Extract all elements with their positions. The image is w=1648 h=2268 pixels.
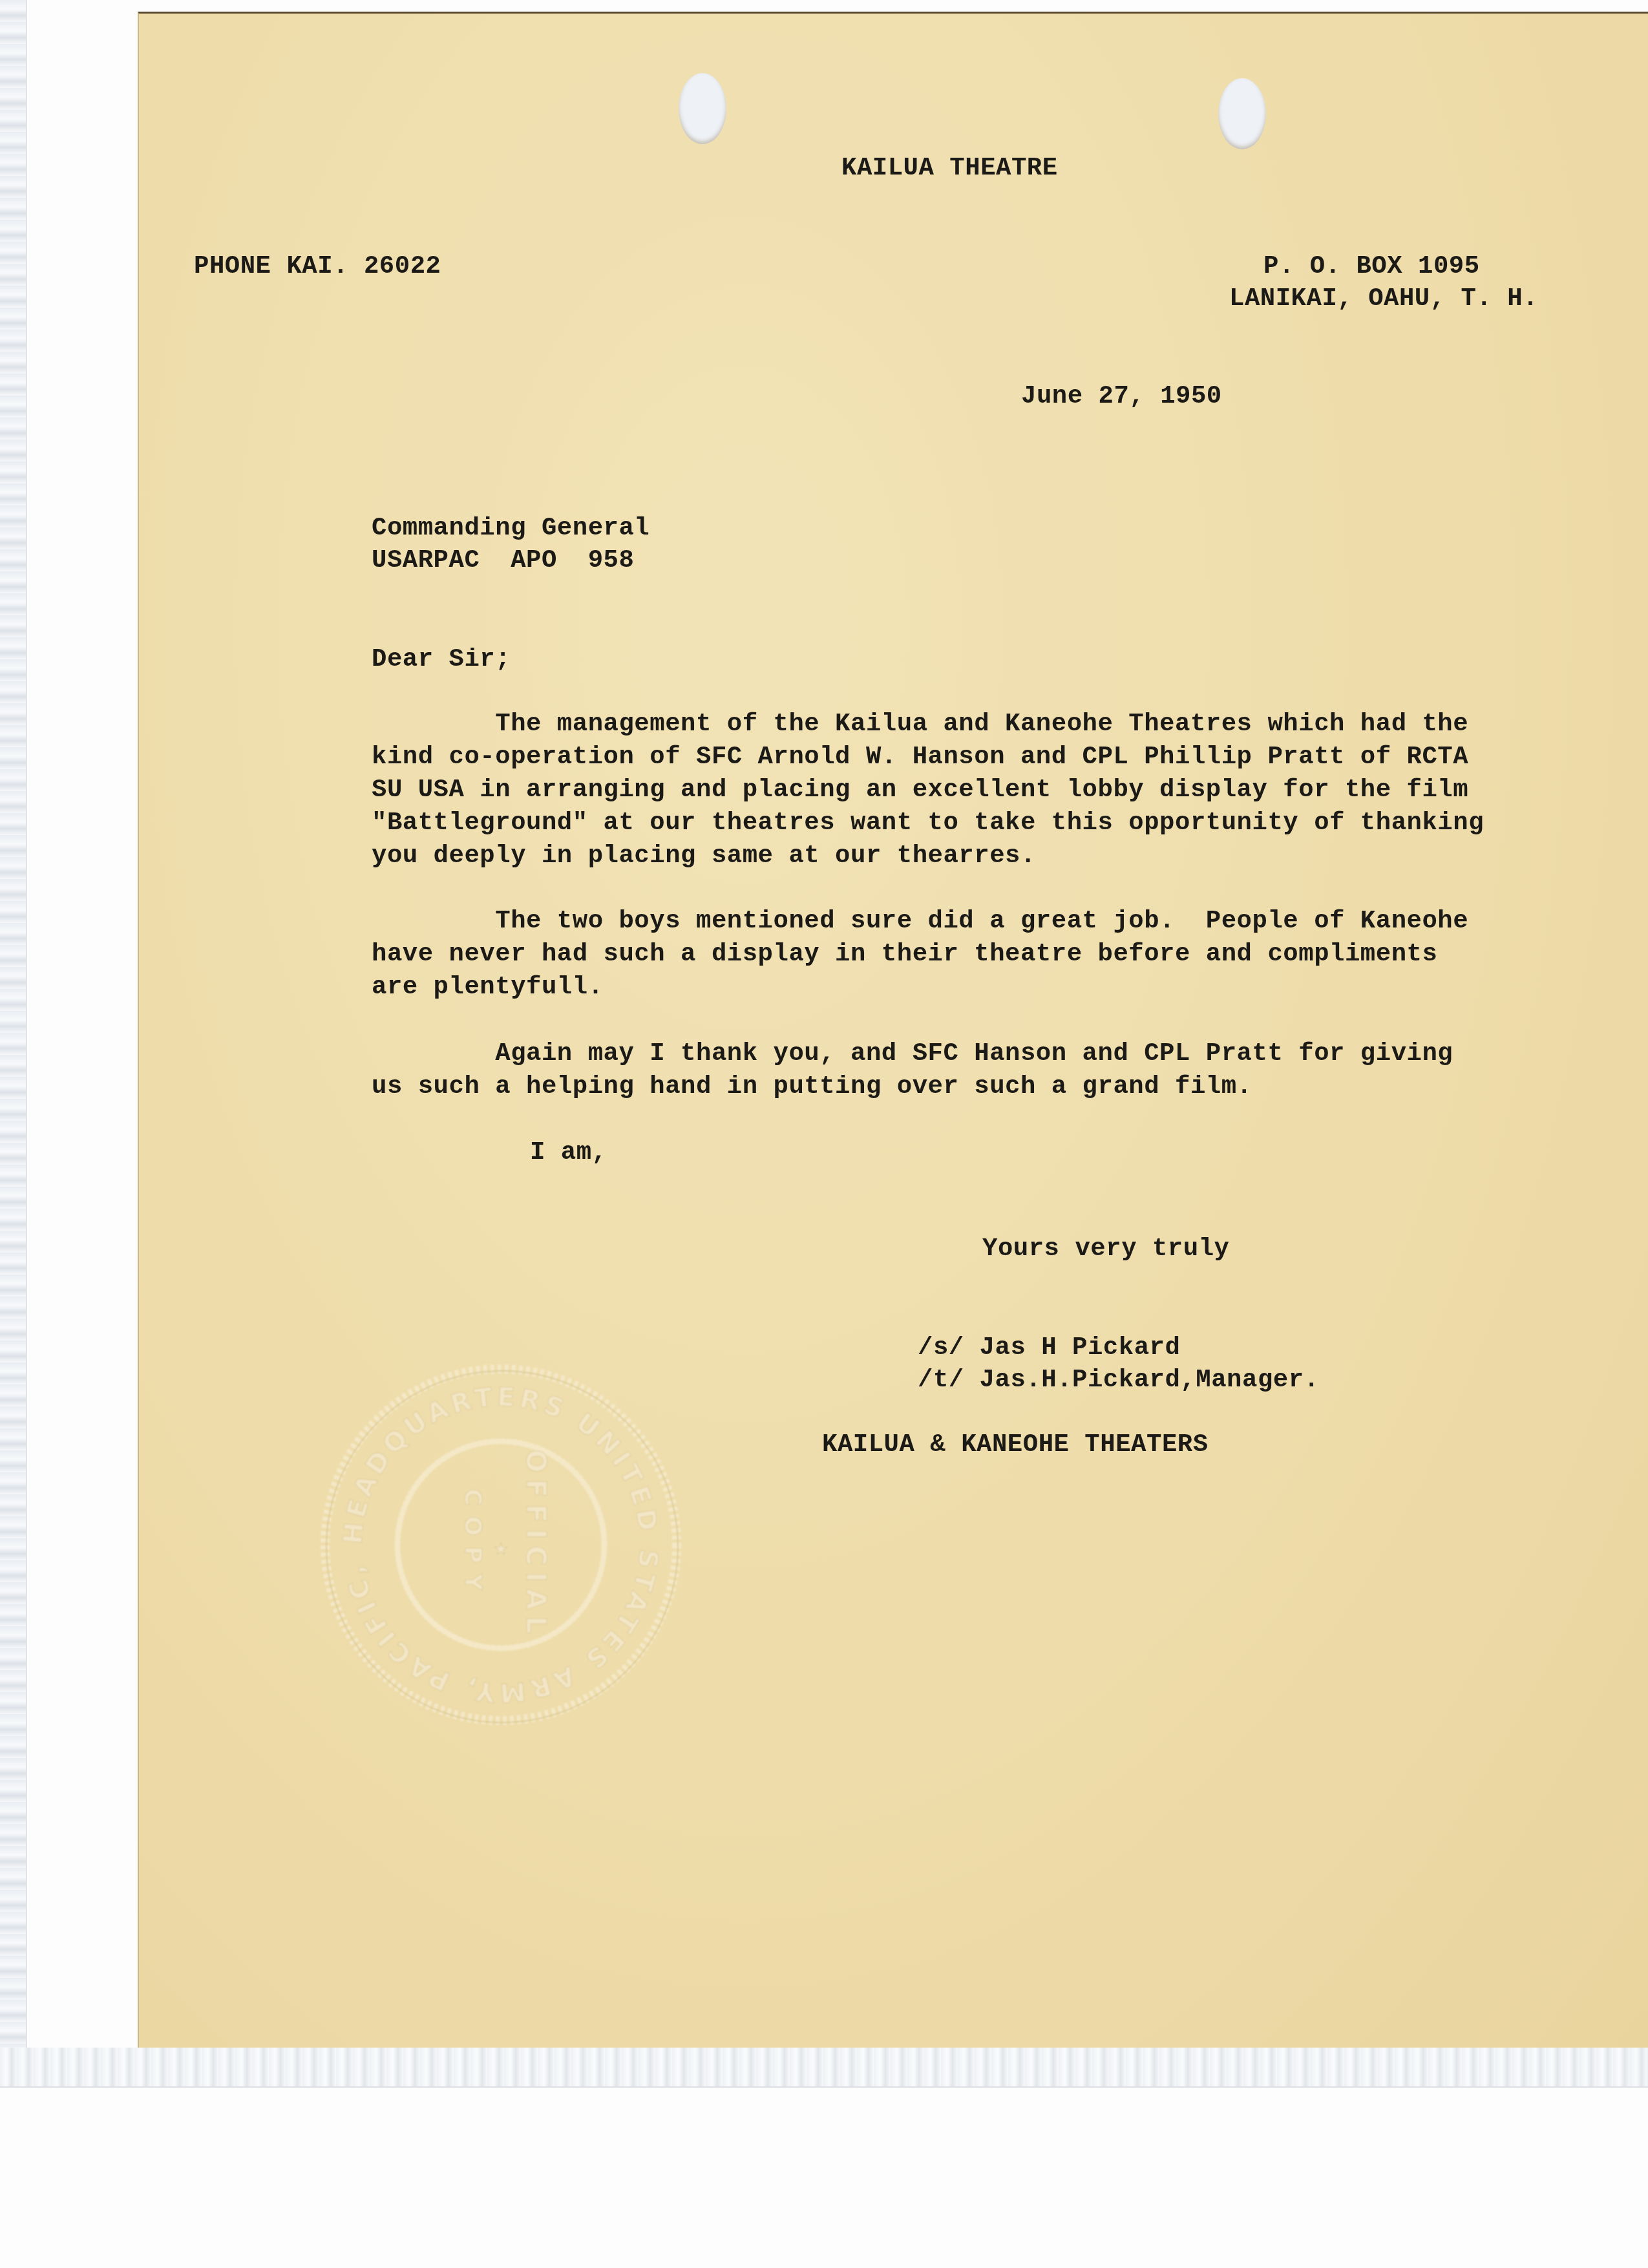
svg-text:★: ★ xyxy=(494,1537,507,1562)
sheet-protector-edge-bottom xyxy=(0,2048,1648,2088)
punch-hole-right xyxy=(1218,78,1266,149)
closing: Yours very truly xyxy=(982,1233,1229,1266)
paragraph-line: us such a helping hand in putting over s… xyxy=(372,1070,1600,1103)
body-paragraph-1: The management of the Kailua and Kaneohe… xyxy=(372,708,1600,873)
letterhead-address-line1: P. O. BOX 1095 xyxy=(1263,250,1480,283)
paragraph-line: have never had such a display in their t… xyxy=(372,938,1600,971)
letterhead-title: KAILUA THEATRE xyxy=(841,152,1058,185)
signature-signed: /s/ Jas H Pickard xyxy=(918,1331,1180,1364)
paragraph-line: you deeply in placing same at our thearr… xyxy=(372,840,1600,873)
punch-hole-left xyxy=(679,73,726,144)
sheet-protector-edge-left xyxy=(0,0,27,2088)
paragraph-line: are plentyfull. xyxy=(372,971,1600,1004)
body-paragraph-3: Again may I thank you, and SFC Hanson an… xyxy=(372,1037,1600,1103)
paragraph-line: kind co-operation of SFC Arnold W. Hanso… xyxy=(372,741,1600,774)
embossed-seal-icon: HEADQUARTERS UNITED STATES ARMY, PACIFIC… xyxy=(313,1357,688,1732)
letter-date: June 27, 1950 xyxy=(1021,380,1222,413)
paragraph-line: The two boys mentioned sure did a great … xyxy=(372,905,1600,938)
seal-inner-text-official: OFFICIAL xyxy=(520,1450,552,1640)
recipient-line1: Commanding General xyxy=(372,512,650,545)
signature-organization: KAILUA & KANEOHE THEATERS xyxy=(822,1428,1209,1461)
paragraph-line: Again may I thank you, and SFC Hanson an… xyxy=(372,1037,1600,1070)
paragraph-line: The management of the Kailua and Kaneohe… xyxy=(372,708,1600,741)
letter-page xyxy=(138,12,1648,2048)
body-paragraph-2: The two boys mentioned sure did a great … xyxy=(372,905,1600,1004)
letterhead-address-line2: LANIKAI, OAHU, T. H. xyxy=(1229,282,1538,315)
paragraph-line: SU USA in arranging and placing an excel… xyxy=(372,774,1600,807)
closing-intro: I am, xyxy=(530,1136,607,1169)
paragraph-line: "Battleground" at our theatres want to t… xyxy=(372,807,1600,840)
salutation: Dear Sir; xyxy=(372,643,511,676)
seal-inner-text-copy: COPY xyxy=(460,1489,486,1600)
signature-typed: /t/ Jas.H.Pickard,Manager. xyxy=(918,1364,1320,1397)
recipient-line2: USARPAC APO 958 xyxy=(372,544,634,577)
letterhead-phone: PHONE KAI. 26022 xyxy=(194,250,441,283)
